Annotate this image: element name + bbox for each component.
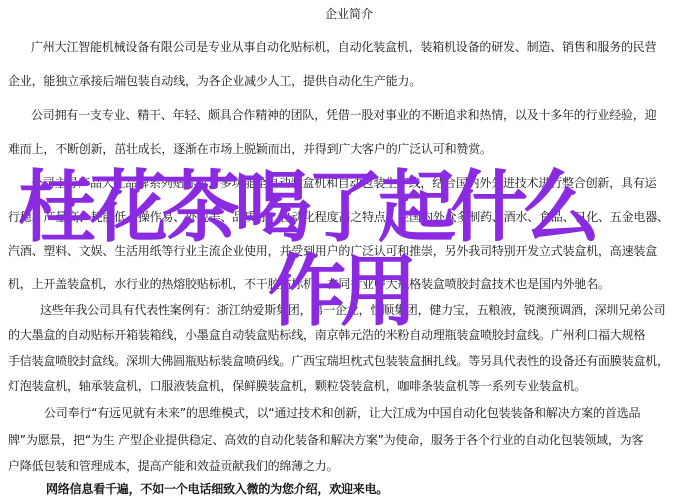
paragraph-5-line-2: 牌”为愿景，把“为生 产型企业提供稳定、高效的自动化装备和解决方案”为使命，服务… xyxy=(8,432,692,448)
paragraph-2-line-2: 难而上，不断创新，茁壮成长，逐渐在市场上脱颖而出，并得到广大客户的广泛认可和赞赏… xyxy=(8,141,692,157)
paragraph-5-line-1: 公司奉行“有远见就有未来”的思维模式，以“通过技术和创新，让大江成为中国自动化包… xyxy=(44,405,698,421)
company-profile-document: 企业简介 广州大江智能机械设备有限公司是专业从事自动化贴标机，自动化装盒机，装箱… xyxy=(0,0,698,499)
paragraph-1-line-2: 企业，能独立承接后端包装自动线，为各企业减少人工，提供自动化生产能力。 xyxy=(8,73,692,89)
paragraph-3-line-2: 行稳、产量高、耗能低、操作易、外观美、品质好、自动化程度高之特点，在国内外众多制… xyxy=(8,209,692,225)
paragraph-5-line-3: 户降低包装和管理成本，提高产能和效益贡献我们的绵薄之力。 xyxy=(8,458,692,474)
paragraph-1-line-1: 广州大江智能机械设备有限公司是专业从事自动化贴标机，自动化装盒机，装箱机设备的研… xyxy=(31,39,698,55)
contact-call-to-action: 网络信息看千遍，不如一个电话细致入微的为您介绍，欢迎来电。 xyxy=(46,481,698,497)
paragraph-4-line-1: 这些年我公司具有代表性案例有：浙江纳爱斯集团，第一企业，恒顺集团，健力宝，五粮液… xyxy=(40,302,698,318)
paragraph-3-line-4: 机，上开盖装盒机，水行业的热熔胶贴标机，不干胶贴标机，在同行业中大规格装盒喷胶封… xyxy=(8,276,692,292)
paragraph-2-line-1: 公司拥有一支专业、精干、年轻、颇具合作精神的团队，凭借一股对事业的不断追求和热情… xyxy=(31,107,698,123)
paragraph-4-line-3: 手信装盒喷胶封盒线。深圳大佛圆瓶贴标装盒喷码线。广西宝瑞坦枕式包装装盒捆扎线。等… xyxy=(8,353,692,369)
paragraph-4-line-2: 的大墨盒的自动贴标开箱装箱线，小墨盒自动装盒贴标线，南京韩元浩的米粉自动理瓶装盒… xyxy=(8,327,692,343)
paragraph-3-line-3: 汽酒、塑料、文娱、生活用纸等行业主流企业使用，并受到用户的广泛认可和推崇，另外我… xyxy=(8,243,692,259)
paragraph-3-line-1: 公司主导产品大江品牌系列贴标机，多功能全自动装盒机和自动包装生产线，结合国内外先… xyxy=(31,175,698,191)
document-title: 企业简介 xyxy=(0,6,698,22)
paragraph-4-line-4: 灯泡装盒机，轴承装盒机，口服液装盒机，保鲜膜装盒机，颗粒袋装盒机，咖啡条装盒机等… xyxy=(8,378,692,394)
